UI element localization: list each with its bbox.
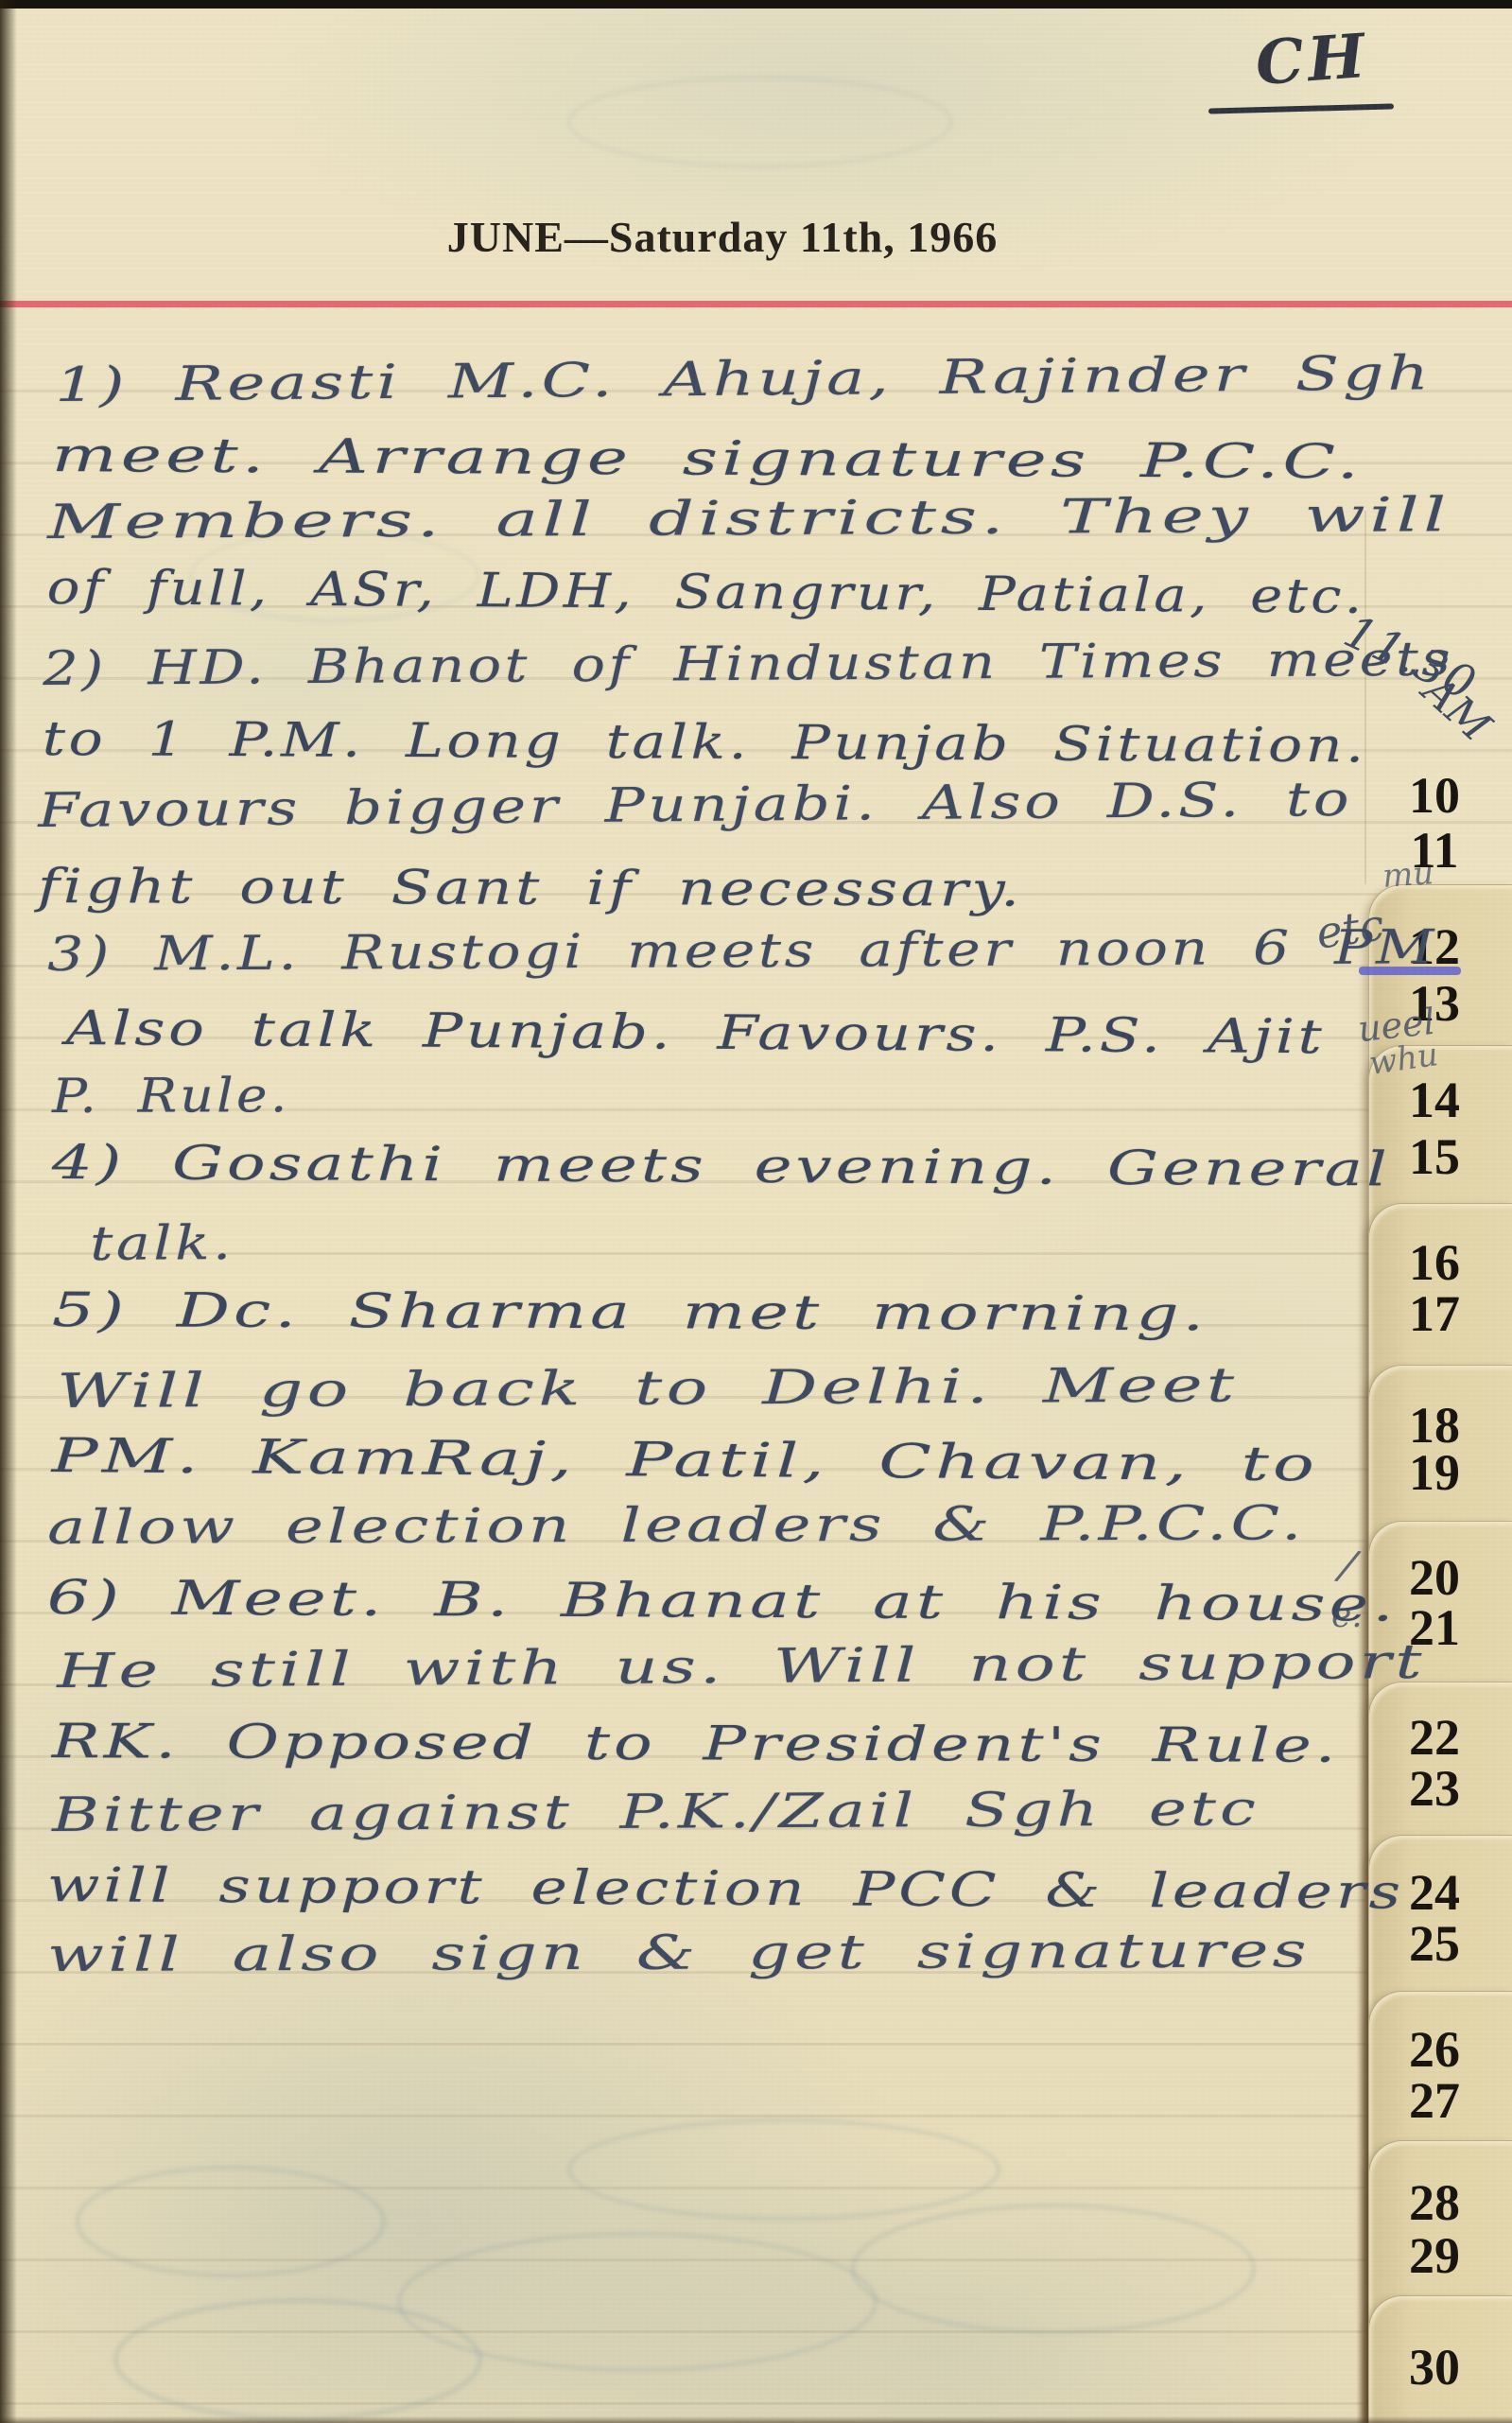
diary-line: meet. Arrange signatures P.C.C. — [52, 427, 1364, 489]
scan-top-edge — [0, 0, 1512, 9]
tab-day-number: 19 — [1373, 1443, 1496, 1502]
tab-day-number: 15 — [1373, 1127, 1496, 1186]
tab-crease-line — [1364, 511, 1366, 884]
ink-bleed-mark — [76, 2166, 386, 2277]
diary-page-scan: 10 11 12 13 14 15 16 17 18 19 20 21 22 2… — [0, 0, 1512, 2423]
ink-bleed-mark — [397, 2232, 878, 2372]
tab-day-number: 27 — [1373, 2071, 1496, 2130]
tab-day-number: 23 — [1373, 1759, 1496, 1818]
ink-overflow-mark: e. — [1331, 1596, 1363, 1635]
scan-bottom-edge — [0, 2416, 1512, 2423]
diary-line: He still with us. Will not support — [57, 1634, 1426, 1699]
diary-line: talk. — [90, 1215, 235, 1271]
diary-line: of full, ASr, LDH, Sangrur, Patiala, etc… — [47, 560, 1365, 624]
diary-line: RK. Opposed to President's Rule. — [52, 1714, 1340, 1773]
tab-day-number: 25 — [1373, 1914, 1496, 1973]
tab-day-number: 29 — [1373, 2226, 1496, 2285]
tab-day-number: 30 — [1373, 2338, 1496, 2397]
ink-overflow-mark: mu — [1382, 854, 1435, 896]
diary-line: Bitter against P.K./Zail Sgh etc — [52, 1781, 1260, 1842]
diary-line: Also talk Punjab. Favours. P.S. Ajit — [66, 1001, 1326, 1064]
ink-bleed-mark — [113, 2298, 482, 2421]
diary-line: 3) M.L. Rustogi meets after noon 6 PM — [47, 919, 1437, 982]
diary-line: Members. all districts. They will — [47, 487, 1451, 549]
ink-overflow-mark: etc — [1313, 898, 1387, 958]
diary-line: to 1 P.M. Long talk. Punjab Situation. — [43, 711, 1367, 773]
header-rule-line — [0, 301, 1512, 307]
diary-line: 6) Meet. B. Bhanat at his house. — [47, 1570, 1398, 1631]
diary-line: will also sign & get signatures — [47, 1923, 1311, 1982]
diary-line: 1) Reasti M.C. Ahuja, Rajinder Sgh — [55, 345, 1433, 412]
tab-day-number: 22 — [1373, 1708, 1496, 1767]
diary-line: 5) Dc. Sharma met morning. — [52, 1282, 1208, 1341]
diary-line: PM. KamRaj, Patil, Chavan, to — [52, 1428, 1319, 1491]
diary-line: Will go back to Delhi. Meet — [57, 1357, 1239, 1419]
ink-bleed-mark — [567, 2118, 1000, 2221]
diary-line: will support election PCC & leaders — [47, 1857, 1404, 1920]
tab-day-number: 17 — [1373, 1284, 1496, 1343]
diary-line: 4) Gosathi meets evening. General — [52, 1135, 1391, 1196]
binding-shadow-edge — [0, 0, 17, 2423]
page-title: JUNE—Saturday 11th, 1966 — [386, 212, 1059, 262]
tab-day-number: 26 — [1373, 2020, 1496, 2079]
corner-initials: CH — [1254, 21, 1371, 99]
diary-line: allow election leaders & P.P.C.C. — [47, 1495, 1306, 1555]
tab-day-number: 28 — [1373, 2173, 1496, 2232]
diary-line: fight out Sant if necessary. — [38, 859, 1023, 917]
diary-line: Favours bigger Punjabi. Also D.S. to — [38, 772, 1353, 838]
diary-line: 2) HD. Bhanot of Hindustan Times meets — [43, 632, 1453, 696]
tab-day-number: 10 — [1373, 766, 1496, 825]
ink-bleed-mark — [567, 76, 953, 168]
ink-bleed-mark — [851, 2204, 1256, 2334]
diary-line: P. Rule. — [52, 1068, 290, 1124]
corner-initials-underline — [1208, 103, 1394, 113]
tab-day-number: 16 — [1373, 1233, 1496, 1292]
